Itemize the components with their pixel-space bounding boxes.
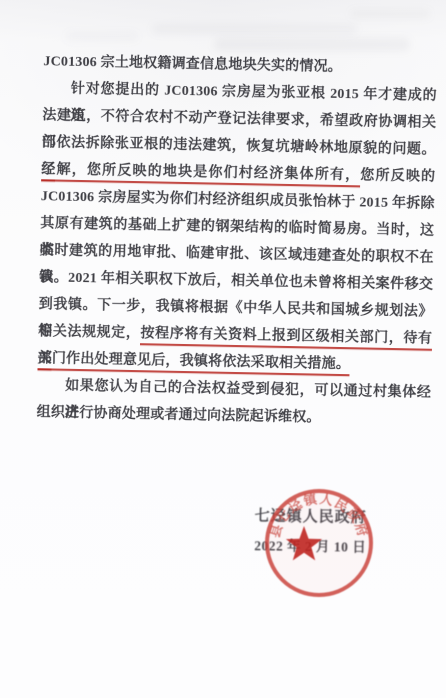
- paper-smudge: [214, 38, 410, 51]
- text-segment: 门依法拆除张亚根的违法建筑，恢复坑塘岭林地原貌的问题。: [42, 135, 436, 158]
- text-segment: 镇。2021 年相关职权下放后，相关单位也未曾将相关案件移交: [39, 270, 433, 293]
- text-segment: 您所反映的: [360, 168, 435, 184]
- text-segment: JC01306 宗土地权籍调查信息地块失实的情况。: [43, 54, 342, 75]
- text-segment: 相关法规规定，: [38, 324, 141, 341]
- text-segment: 组织进行协商处理或者通过向法院起诉维权。: [37, 405, 321, 425]
- paper-smudge: [66, 32, 138, 41]
- scanned-document-page: JC01306 宗土地权籍调查信息地块失实的情况。针对您提出的 JC01306 …: [0, 0, 446, 698]
- official-seal: 县七迳镇人民政府: [256, 482, 382, 608]
- letter-body: JC01306 宗土地权籍调查信息地块失实的情况。针对您提出的 JC01306 …: [36, 48, 437, 433]
- text-segment: JC01306 宗房屋实为你们村经济组织成员张怡林于 2015 年拆除: [41, 189, 435, 212]
- paper-smudge: [152, 24, 357, 34]
- paper-smudge: [350, 10, 430, 18]
